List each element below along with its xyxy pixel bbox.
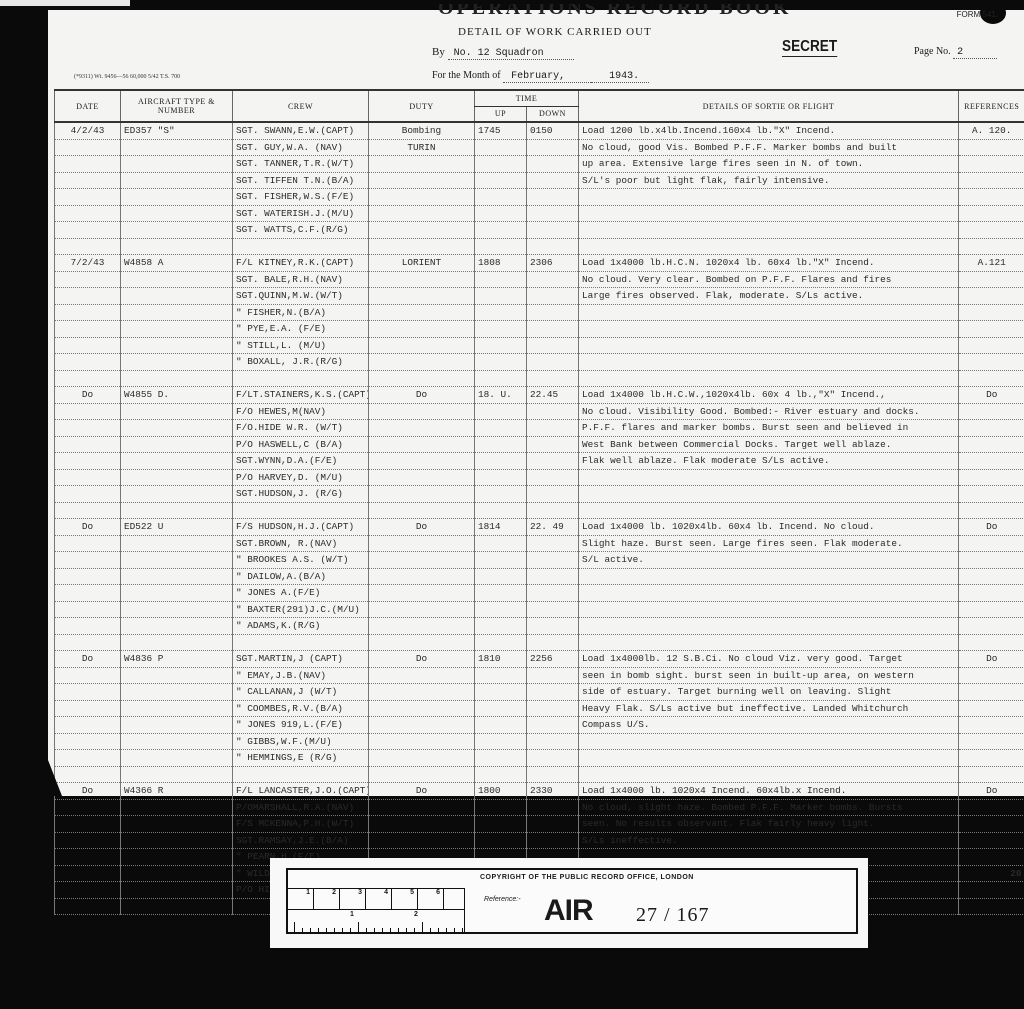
aircraft-cell <box>121 865 233 882</box>
page-number: 2 <box>953 47 997 59</box>
down-time-cell <box>527 585 579 602</box>
duty-cell <box>369 271 475 288</box>
crew-cell: " BROOKES A.S. (W/T) <box>233 552 369 569</box>
reference-cell <box>959 139 1024 156</box>
aircraft-cell <box>121 882 233 899</box>
down-time-cell <box>527 370 579 387</box>
date-cell <box>55 684 121 701</box>
date-cell <box>55 370 121 387</box>
details-cell <box>579 634 959 651</box>
up-time-cell <box>475 733 527 750</box>
aircraft-cell: W4858 A <box>121 255 233 272</box>
crew-cell: SGT. WATTS,C.F.(R/G) <box>233 222 369 239</box>
aircraft-cell <box>121 898 233 915</box>
duty-cell <box>369 667 475 684</box>
ruler-tick <box>342 928 343 934</box>
down-time-cell <box>527 321 579 338</box>
crew-cell: " JONES 919,L.(F/E) <box>233 717 369 734</box>
up-time-cell: 1814 <box>475 519 527 536</box>
date-cell <box>55 156 121 173</box>
crew-cell: SGT.RAMSAY,J.E.(B/A) <box>233 832 369 849</box>
duty-cell <box>369 601 475 618</box>
date-cell <box>55 403 121 420</box>
inch-scale: 12 <box>288 909 464 934</box>
details-cell <box>579 337 959 354</box>
down-time-cell <box>527 156 579 173</box>
table-row: 7/2/43W4858 AF/L KITNEY,R.K.(CAPT)LORIEN… <box>55 255 1024 272</box>
reference-cell: Do <box>959 783 1024 800</box>
crew-cell: P/O HASWELL,C (B/A) <box>233 436 369 453</box>
aircraft-cell <box>121 436 233 453</box>
reference-cell <box>959 568 1024 585</box>
up-time-cell <box>475 750 527 767</box>
down-time-cell <box>527 684 579 701</box>
details-cell: Flak well ablaze. Flak moderate S/Ls act… <box>579 453 959 470</box>
crew-cell: SGT. GUY,W.A. (NAV) <box>233 139 369 156</box>
details-cell <box>579 238 959 255</box>
details-cell: Load 1x4000 lb. 1020x4lb. 60x4 lb. Incen… <box>579 519 959 536</box>
crew-cell <box>233 502 369 519</box>
duty-cell <box>369 453 475 470</box>
ruler-tick <box>406 928 407 934</box>
reference-cell <box>959 750 1024 767</box>
duty-cell: Do <box>369 783 475 800</box>
up-time-cell <box>475 172 527 189</box>
archive-label: COPYRIGHT OF THE PUBLIC RECORD OFFICE, L… <box>270 858 868 948</box>
down-time-cell <box>527 337 579 354</box>
duty-cell: Do <box>369 519 475 536</box>
aircraft-cell <box>121 585 233 602</box>
reference-cell <box>959 304 1024 321</box>
date-cell <box>55 585 121 602</box>
aircraft-cell <box>121 205 233 222</box>
page-corner-cut <box>48 760 62 796</box>
table-row: " PYE,E.A. (F/E) <box>55 321 1024 338</box>
aircraft-cell <box>121 189 233 206</box>
table-row: SGT.HUDSON,J. (R/G) <box>55 486 1024 503</box>
aircraft-cell <box>121 700 233 717</box>
crew-cell: SGT.WYNN,D.A.(F/E) <box>233 453 369 470</box>
details-cell: Load 1x4000 lb.H.C.W.,1020x4lb. 60x 4 lb… <box>579 387 959 404</box>
ruler-cm-mark: 3 <box>340 889 366 909</box>
margin-note: 20 <box>959 865 1024 882</box>
print-code: (*9311) Wt. 9456—56 60,000 5/42 T.S. 700 <box>74 74 180 80</box>
up-time-cell <box>475 552 527 569</box>
up-time-cell: 1800 <box>475 783 527 800</box>
header-details: Details of Sortie or Flight <box>579 90 959 122</box>
table-row: " HEMMINGS,E (R/G) <box>55 750 1024 767</box>
duty-cell <box>369 189 475 206</box>
details-cell: West Bank between Commercial Docks. Targ… <box>579 436 959 453</box>
ruler-tick <box>454 928 455 934</box>
date-cell: 7/2/43 <box>55 255 121 272</box>
duty-cell <box>369 486 475 503</box>
table-row: DoW4366 RF/L LANCASTER,J.O.(CAPT)Do18002… <box>55 783 1024 800</box>
crew-cell: SGT.QUINN,M.W.(W/T) <box>233 288 369 305</box>
crew-cell: SGT. FISHER,W.S.(F/E) <box>233 189 369 206</box>
up-time-cell <box>475 156 527 173</box>
date-cell <box>55 849 121 866</box>
aircraft-cell <box>121 271 233 288</box>
up-time-cell <box>475 354 527 371</box>
details-cell <box>579 601 959 618</box>
reference-cell <box>959 733 1024 750</box>
aircraft-cell <box>121 667 233 684</box>
details-cell <box>579 766 959 783</box>
crew-cell: F/O.HIDE W.R. (W/T) <box>233 420 369 437</box>
duty-cell <box>369 469 475 486</box>
header-down: Down <box>527 106 579 122</box>
date-cell <box>55 139 121 156</box>
ruler-tick <box>390 928 391 934</box>
duty-cell <box>369 535 475 552</box>
aircraft-cell <box>121 733 233 750</box>
reference-label: Reference:- <box>484 896 521 903</box>
reference-cell <box>959 337 1024 354</box>
header-references: References <box>959 90 1024 122</box>
date-cell <box>55 667 121 684</box>
details-cell: No cloud, slight haze. Bombed P.F.F. Mar… <box>579 799 959 816</box>
duty-cell <box>369 799 475 816</box>
details-cell <box>579 733 959 750</box>
table-row: " FISHER,N.(B/A) <box>55 304 1024 321</box>
reference-cell <box>959 420 1024 437</box>
date-cell: Do <box>55 651 121 668</box>
up-time-cell: 1808 <box>475 255 527 272</box>
reference-cell <box>959 816 1024 833</box>
down-time-cell <box>527 354 579 371</box>
date-cell <box>55 865 121 882</box>
up-time-cell <box>475 337 527 354</box>
date-cell <box>55 618 121 635</box>
reference-cell <box>959 271 1024 288</box>
up-time-cell <box>475 238 527 255</box>
aircraft-cell <box>121 849 233 866</box>
page-label: Page No. <box>914 46 951 57</box>
down-time-cell <box>527 601 579 618</box>
duty-cell <box>369 568 475 585</box>
date-cell <box>55 750 121 767</box>
reference-cell <box>959 882 1024 899</box>
down-time-cell <box>527 271 579 288</box>
aircraft-cell <box>121 354 233 371</box>
details-cell: Load 1x4000 lb. 1020x4 Incend. 60x4lb.x … <box>579 783 959 800</box>
squadron-line: By No. 12 Squadron <box>432 46 574 60</box>
aircraft-cell <box>121 453 233 470</box>
table-row: SGT. GUY,W.A. (NAV)TURINNo cloud, good V… <box>55 139 1024 156</box>
details-cell <box>579 304 959 321</box>
up-time-cell <box>475 799 527 816</box>
date-cell <box>55 238 121 255</box>
crew-cell: F/S HUDSON,H.J.(CAPT) <box>233 519 369 536</box>
crew-cell: " HEMMINGS,E (R/G) <box>233 750 369 767</box>
date-cell <box>55 271 121 288</box>
crew-cell: SGT. TANNER,T.R.(W/T) <box>233 156 369 173</box>
crew-cell: " ADAMS,K.(R/G) <box>233 618 369 635</box>
date-cell <box>55 601 121 618</box>
aircraft-cell <box>121 535 233 552</box>
duty-cell <box>369 733 475 750</box>
reference-cell <box>959 189 1024 206</box>
ruler-tick <box>310 928 311 934</box>
aircraft-cell <box>121 172 233 189</box>
aircraft-cell: ED357 "S" <box>121 122 233 139</box>
table-row: " BAXTER(291)J.C.(M/U) <box>55 601 1024 618</box>
reference-cell: Do <box>959 651 1024 668</box>
aircraft-cell <box>121 816 233 833</box>
down-time-cell: 0150 <box>527 122 579 139</box>
reference-cell <box>959 832 1024 849</box>
aircraft-cell <box>121 321 233 338</box>
details-cell: S/Ls ineffective. <box>579 832 959 849</box>
aircraft-cell <box>121 403 233 420</box>
down-time-cell <box>527 618 579 635</box>
ruler-cm-mark: 2 <box>314 889 340 909</box>
reference-cell <box>959 205 1024 222</box>
table-row: DoW4836 PSGT.MARTIN,J (CAPT)Do18102256Lo… <box>55 651 1024 668</box>
up-time-cell <box>475 453 527 470</box>
down-time-cell <box>527 420 579 437</box>
reference-series: AIR <box>544 894 593 928</box>
reference-cell <box>959 370 1024 387</box>
header-date: Date <box>55 90 121 122</box>
aircraft-cell: ED522 U <box>121 519 233 536</box>
details-cell: No cloud. Very clear. Bombed on P.F.F. F… <box>579 271 959 288</box>
reference-cell <box>959 717 1024 734</box>
up-time-cell <box>475 469 527 486</box>
details-cell: Load 1x4000lb. 12 S.B.Ci. No cloud Viz. … <box>579 651 959 668</box>
duty-cell <box>369 321 475 338</box>
down-time-cell <box>527 222 579 239</box>
duty-cell <box>369 420 475 437</box>
date-cell <box>55 766 121 783</box>
table-row: " JONES 919,L.(F/E)Compass U/S. <box>55 717 1024 734</box>
date-cell <box>55 634 121 651</box>
reference-cell <box>959 667 1024 684</box>
date-cell <box>55 321 121 338</box>
aircraft-cell <box>121 469 233 486</box>
crew-cell: SGT. WATERISH.J.(M/U) <box>233 205 369 222</box>
up-time-cell: 1810 <box>475 651 527 668</box>
details-cell <box>579 469 959 486</box>
aircraft-cell <box>121 552 233 569</box>
details-cell <box>579 321 959 338</box>
year-value: 1943. <box>591 71 649 83</box>
duty-cell <box>369 832 475 849</box>
date-cell <box>55 568 121 585</box>
date-cell <box>55 337 121 354</box>
up-time-cell <box>475 486 527 503</box>
crew-cell: " DAILOW,A.(B/A) <box>233 568 369 585</box>
aircraft-cell <box>121 304 233 321</box>
duty-cell: Do <box>369 651 475 668</box>
reference-cell <box>959 436 1024 453</box>
down-time-cell <box>527 733 579 750</box>
duty-cell <box>369 552 475 569</box>
ruler-cm-mark: 5 <box>392 889 418 909</box>
down-time-cell <box>527 832 579 849</box>
header-duty: Duty <box>369 90 475 122</box>
table-row: " BOXALL, J.R.(R/G) <box>55 354 1024 371</box>
by-label: By <box>432 46 445 58</box>
table-row: " GIBBS,W.F.(M/U) <box>55 733 1024 750</box>
table-row: SGT. TANNER,T.R.(W/T)up area. Extensive … <box>55 156 1024 173</box>
up-time-cell: 1745 <box>475 122 527 139</box>
ruler-tick <box>326 928 327 934</box>
record-page: OPERATIONS RECORD BOOK FORM 541. DETAIL … <box>48 10 1024 796</box>
up-time-cell <box>475 420 527 437</box>
crew-cell: " COOMBES,R.V.(B/A) <box>233 700 369 717</box>
reference-cell <box>959 618 1024 635</box>
crew-cell: P/OMARSHALL,R.A.(NAV) <box>233 799 369 816</box>
table-row: " STILL,L. (M/U) <box>55 337 1024 354</box>
duty-cell: TURIN <box>369 139 475 156</box>
aircraft-cell: W4836 P <box>121 651 233 668</box>
details-cell <box>579 205 959 222</box>
table-row <box>55 502 1024 519</box>
crew-cell: " STILL,L. (M/U) <box>233 337 369 354</box>
table-row: F/S MCKENNA,P.H.(W/T)seen. No results ob… <box>55 816 1024 833</box>
date-cell <box>55 420 121 437</box>
details-cell: P.F.F. flares and marker bombs. Burst se… <box>579 420 959 437</box>
up-time-cell <box>475 816 527 833</box>
crew-cell: F/S MCKENNA,P.H.(W/T) <box>233 816 369 833</box>
ruler-tick <box>366 928 367 934</box>
date-cell <box>55 486 121 503</box>
table-row: P/O HASWELL,C (B/A)West Bank between Com… <box>55 436 1024 453</box>
duty-cell <box>369 156 475 173</box>
up-time-cell <box>475 700 527 717</box>
crew-cell: " JONES A.(F/E) <box>233 585 369 602</box>
table-row: 4/2/43ED357 "S"SGT. SWANN,E.W.(CAPT)Bomb… <box>55 122 1024 139</box>
date-cell <box>55 502 121 519</box>
reference-cell <box>959 502 1024 519</box>
crew-cell: " CALLANAN,J (W/T) <box>233 684 369 701</box>
reference-cell <box>959 849 1024 866</box>
details-cell <box>579 354 959 371</box>
table-row: F/O.HIDE W.R. (W/T)P.F.F. flares and mar… <box>55 420 1024 437</box>
details-cell: seen. No results observant. Flak fairly … <box>579 816 959 833</box>
reference-cell <box>959 222 1024 239</box>
details-cell <box>579 568 959 585</box>
duty-cell <box>369 816 475 833</box>
up-time-cell <box>475 684 527 701</box>
up-time-cell <box>475 717 527 734</box>
reference-cell <box>959 453 1024 470</box>
date-cell: Do <box>55 783 121 800</box>
table-row: SGT. BALE,R.H.(NAV)No cloud. Very clear.… <box>55 271 1024 288</box>
down-time-cell <box>527 816 579 833</box>
table-row: " COOMBES,R.V.(B/A)Heavy Flak. S/Ls acti… <box>55 700 1024 717</box>
date-cell <box>55 882 121 899</box>
details-cell: S/L's poor but light flak, fairly intens… <box>579 172 959 189</box>
date-cell <box>55 288 121 305</box>
details-cell <box>579 189 959 206</box>
aircraft-cell <box>121 420 233 437</box>
ruler-tick <box>294 922 295 934</box>
reference-cell <box>959 354 1024 371</box>
down-time-cell: 22.45 <box>527 387 579 404</box>
reference-cell <box>959 684 1024 701</box>
reference-cell <box>959 766 1024 783</box>
down-time-cell <box>527 436 579 453</box>
down-time-cell <box>527 502 579 519</box>
reference-cell <box>959 898 1024 915</box>
table-row: P/OMARSHALL,R.A.(NAV)No cloud, slight ha… <box>55 799 1024 816</box>
up-time-cell <box>475 222 527 239</box>
down-time-cell <box>527 552 579 569</box>
down-time-cell: 2256 <box>527 651 579 668</box>
table-row: SGT. WATTS,C.F.(R/G) <box>55 222 1024 239</box>
down-time-cell <box>527 766 579 783</box>
aircraft-cell <box>121 634 233 651</box>
classification-stamp: SECRET <box>782 38 837 57</box>
table-row <box>55 238 1024 255</box>
aircraft-cell <box>121 684 233 701</box>
up-time-cell <box>475 205 527 222</box>
duty-cell: Do <box>369 387 475 404</box>
reference-cell <box>959 585 1024 602</box>
table-row: F/O HEWES,M(NAV)No cloud. Visibility Goo… <box>55 403 1024 420</box>
down-time-cell <box>527 403 579 420</box>
crew-cell <box>233 370 369 387</box>
date-cell <box>55 535 121 552</box>
form-number: FORM 541. <box>957 10 998 19</box>
crew-cell: F/L LANCASTER,J.O.(CAPT) <box>233 783 369 800</box>
ruler-tick <box>462 928 463 934</box>
details-cell: Load 1200 lb.x4lb.Incend.160x4 lb."X" In… <box>579 122 959 139</box>
scan-left-edge <box>0 10 48 796</box>
archive-label-frame: COPYRIGHT OF THE PUBLIC RECORD OFFICE, L… <box>286 868 858 934</box>
crew-cell: SGT.BROWN, R.(NAV) <box>233 535 369 552</box>
table-row <box>55 634 1024 651</box>
details-cell: seen in bomb sight. burst seen in built-… <box>579 667 959 684</box>
table-row: " DAILOW,A.(B/A) <box>55 568 1024 585</box>
down-time-cell <box>527 634 579 651</box>
table-row: SGT.WYNN,D.A.(F/E)Flak well ablaze. Flak… <box>55 453 1024 470</box>
date-cell <box>55 304 121 321</box>
table-row: SGT.QUINN,M.W.(W/T)Large fires observed.… <box>55 288 1024 305</box>
date-cell <box>55 898 121 915</box>
up-time-cell <box>475 618 527 635</box>
up-time-cell <box>475 585 527 602</box>
up-time-cell <box>475 832 527 849</box>
details-cell <box>579 370 959 387</box>
reference-cell <box>959 601 1024 618</box>
crew-cell: " EMAY,J.B.(NAV) <box>233 667 369 684</box>
month-label: For the Month of <box>432 70 501 81</box>
date-cell <box>55 700 121 717</box>
ruler-tick <box>446 928 447 934</box>
down-time-cell <box>527 667 579 684</box>
down-time-cell: 2330 <box>527 783 579 800</box>
aircraft-cell <box>121 799 233 816</box>
reference-cell: Do <box>959 519 1024 536</box>
sortie-table: Date Aircraft Type & Number Crew Duty Ti… <box>54 89 1024 915</box>
aircraft-cell <box>121 618 233 635</box>
date-cell <box>55 354 121 371</box>
ruler-tick <box>374 928 375 934</box>
date-cell <box>55 733 121 750</box>
duty-cell: LORIENT <box>369 255 475 272</box>
date-cell <box>55 552 121 569</box>
up-time-cell <box>475 436 527 453</box>
crew-cell <box>233 634 369 651</box>
crew-cell <box>233 766 369 783</box>
duty-cell <box>369 436 475 453</box>
reference-cell <box>959 700 1024 717</box>
table-row: " CALLANAN,J (W/T)side of estuary. Targe… <box>55 684 1024 701</box>
